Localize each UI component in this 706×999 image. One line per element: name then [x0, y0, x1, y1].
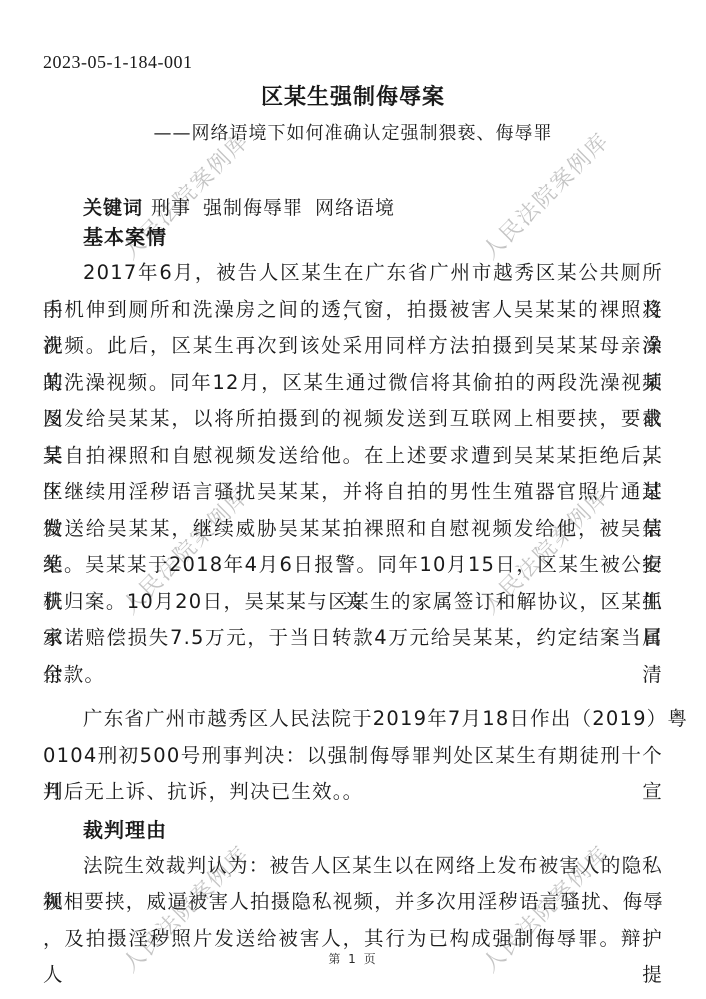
document-content: 2023-05-1-184-001 区某生强制侮辱案 ——网络语境下如何准确认定… [0, 52, 706, 957]
keyword-term: 强制侮辱罪 [203, 197, 303, 219]
paragraph: 广东省广州市越秀区人民法院于2019年7月18日作出（2019）粤0104刑初5… [43, 701, 663, 811]
text-line: 手机伸到厕所和洗澡房之间的透气窗，拍摄被害人吴某某的裸照及洗澡 [43, 292, 663, 329]
section-heading: 基本案情 [43, 227, 663, 247]
page-title: 区某生强制侮辱案 [0, 86, 706, 110]
text-line: 0104刑初500号刑事判决：以强制侮辱罪判处区某生有期徒刑十个月。宣 [43, 738, 663, 775]
keywords-label: 关键词 [83, 197, 143, 219]
keyword-term: 刑事 [151, 197, 191, 219]
text-line: 广东省广州市越秀区人民法院于2019年7月18日作出（2019）粤 [43, 701, 663, 738]
text-line: 的洗澡视频。同年12月，区某生通过微信将其偷拍的两段洗澡视频及截 [43, 365, 663, 402]
text-line: 某自拍裸照和自慰视频发送给他。在上述要求遭到吴某某拒绝后，区某 [43, 438, 663, 475]
document-page: { "document": { "case_number": "2023-05-… [0, 0, 706, 999]
text-line: 承诺赔偿损失7.5万元，于当日转款4万元给吴某某，约定结案当日付清 [43, 620, 663, 657]
text-line: 发送给吴某某，继续威胁吴某某拍裸照和自慰视频发给他，被吴某某拒 [43, 511, 663, 548]
page-footer: 第 1 页 [0, 952, 706, 966]
keywords-line: 关键词刑事强制侮辱罪网络语境 [43, 198, 663, 218]
text-line: 绝。吴某某于2018年4月6日报警。同年10月15日，区某生被公安机关抓 [43, 547, 663, 584]
paragraph: 法院生效裁判认为：被告人区某生以在网络上发布被害人的隐私视频相要挟，威逼被害人拍… [43, 848, 663, 958]
text-line: 法院生效裁判认为：被告人区某生以在网络上发布被害人的隐私视 [43, 848, 663, 885]
text-line: 2017年6月，被告人区某生在广东省广州市越秀区某公共厕所内，将 [43, 255, 663, 292]
page-number: 第 1 页 [328, 952, 377, 966]
section-heading: 裁判理由 [43, 820, 663, 840]
text-line: 视频。此后，区某生再次到该处采用同样方法拍摄到吴某某母亲涂某某 [43, 328, 663, 365]
text-line: 图发给吴某某，以将所拍摄到的视频发送到互联网上相要挟，要求吴某 [43, 401, 663, 438]
page-subtitle: ——网络语境下如何准确认定强制猥亵、侮辱罪 [0, 124, 706, 144]
text-line: 生继续用淫秽语言骚扰吴某某，并将自拍的男性生殖器官照片通过微信 [43, 474, 663, 511]
text-line: 获归案。10月20日，吴某某与区某生的家属签订和解协议，区某生家属 [43, 584, 663, 621]
text-line: 频相要挟，威逼被害人拍摄隐私视频，并多次用淫秽语言骚扰、侮辱 [43, 884, 663, 921]
case-number: 2023-05-1-184-001 [43, 52, 706, 72]
document-body: 基本案情2017年6月，被告人区某生在广东省广州市越秀区某公共厕所内，将手机伸到… [43, 227, 663, 957]
keyword-term: 网络语境 [315, 197, 395, 219]
paragraph: 2017年6月，被告人区某生在广东省广州市越秀区某公共厕所内，将手机伸到厕所和洗… [43, 255, 663, 693]
